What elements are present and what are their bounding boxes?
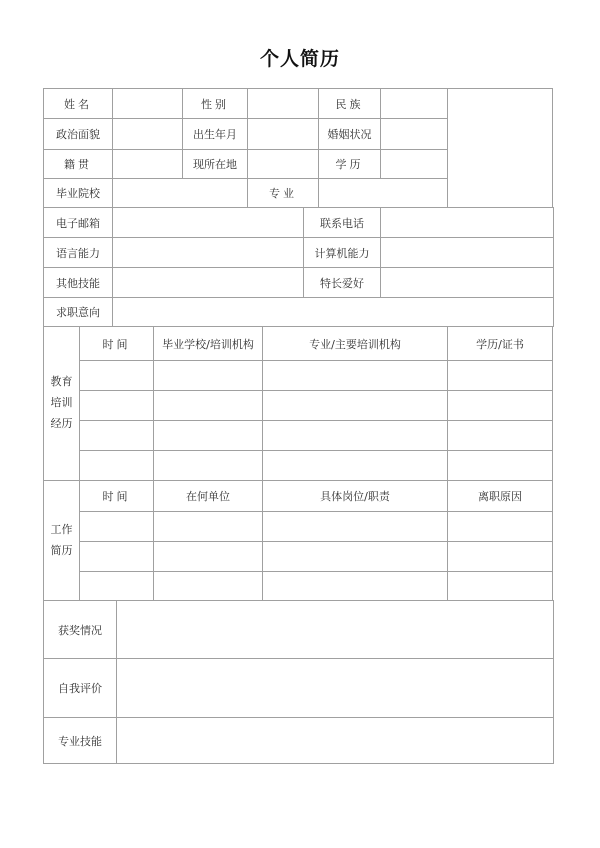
education-header-major: 专业/主要培训机构	[263, 327, 448, 361]
education-row-major-cell[interactable]	[263, 421, 448, 451]
education-row-school-cell[interactable]	[154, 421, 263, 451]
job-objective-table: 求职意向	[43, 297, 554, 327]
marital-status-value-cell[interactable]	[381, 119, 448, 150]
resume-document-page: 个人简历 姓名 性别 民族 政治面貌 出生年月	[0, 0, 600, 848]
ethnicity-label: 民族	[319, 89, 381, 119]
gender-label: 性别	[183, 89, 248, 119]
current-location-value-cell[interactable]	[248, 150, 319, 179]
graduate-school-value-cell[interactable]	[113, 179, 248, 208]
ethnicity-value-cell[interactable]	[381, 89, 448, 119]
work-row-position-cell[interactable]	[263, 512, 448, 542]
photo-cell[interactable]	[448, 89, 553, 208]
work-row-time-cell[interactable]	[80, 512, 154, 542]
work-row-leave-reason-cell[interactable]	[448, 572, 553, 601]
education-row-degree-cell[interactable]	[448, 391, 553, 421]
education-row-major-cell[interactable]	[263, 361, 448, 391]
hobbies-label: 特长爱好	[304, 268, 381, 298]
self-evaluation-content-cell[interactable]	[117, 659, 554, 718]
marital-status-label: 婚姻状况	[319, 119, 381, 150]
work-row-leave-reason-cell[interactable]	[448, 542, 553, 572]
work-row-time-cell[interactable]	[80, 542, 154, 572]
work-row-position-cell[interactable]	[263, 542, 448, 572]
work-row-employer-cell[interactable]	[154, 542, 263, 572]
work-section-label: 工作 简历	[44, 481, 80, 601]
work-row-time-cell[interactable]	[80, 572, 154, 601]
education-row-school-cell[interactable]	[154, 451, 263, 481]
current-location-label: 现所在地	[183, 150, 248, 179]
education-row-degree-cell[interactable]	[448, 451, 553, 481]
work-header-employer: 在何单位	[154, 481, 263, 512]
work-history-table: 工作 简历 时间 在何单位 具体岗位/职责 离职原因	[43, 480, 553, 601]
education-row-school-cell[interactable]	[154, 361, 263, 391]
professional-skills-content-cell[interactable]	[117, 718, 554, 764]
birth-date-label: 出生年月	[183, 119, 248, 150]
work-header-leave-reason: 离职原因	[448, 481, 553, 512]
awards-label: 获奖情况	[44, 601, 117, 659]
work-row-leave-reason-cell[interactable]	[448, 512, 553, 542]
extra-sections-table: 获奖情况 自我评价 专业技能	[43, 600, 554, 764]
gender-value-cell[interactable]	[248, 89, 319, 119]
language-ability-label: 语言能力	[44, 238, 113, 268]
job-objective-value-cell[interactable]	[113, 298, 554, 327]
email-label: 电子邮箱	[44, 208, 113, 238]
education-history-table: 教育 培训 经历 时间 毕业学校/培训机构 专业/主要培训机构 学历/证书	[43, 326, 553, 481]
major-value-cell[interactable]	[319, 179, 448, 208]
education-header-school: 毕业学校/培训机构	[154, 327, 263, 361]
name-value-cell[interactable]	[113, 89, 183, 119]
education-level-label: 学历	[319, 150, 381, 179]
education-header-time: 时间	[80, 327, 154, 361]
work-row-position-cell[interactable]	[263, 572, 448, 601]
work-header-time: 时间	[80, 481, 154, 512]
work-header-position: 具体岗位/职责	[263, 481, 448, 512]
job-objective-label: 求职意向	[44, 298, 113, 327]
awards-content-cell[interactable]	[117, 601, 554, 659]
education-header-degree: 学历/证书	[448, 327, 553, 361]
computer-ability-label: 计算机能力	[304, 238, 381, 268]
work-row-employer-cell[interactable]	[154, 572, 263, 601]
education-row-school-cell[interactable]	[154, 391, 263, 421]
contact-skills-table: 电子邮箱 联系电话 语言能力 计算机能力 其他技能 特长爱好	[43, 207, 554, 298]
education-row-time-cell[interactable]	[80, 451, 154, 481]
other-skills-label: 其他技能	[44, 268, 113, 298]
professional-skills-label: 专业技能	[44, 718, 117, 764]
education-row-time-cell[interactable]	[80, 361, 154, 391]
language-ability-value-cell[interactable]	[113, 238, 304, 268]
education-row-major-cell[interactable]	[263, 451, 448, 481]
graduate-school-label: 毕业院校	[44, 179, 113, 208]
other-skills-value-cell[interactable]	[113, 268, 304, 298]
education-section-label: 教育 培训 经历	[44, 327, 80, 481]
phone-value-cell[interactable]	[381, 208, 554, 238]
education-row-degree-cell[interactable]	[448, 421, 553, 451]
email-value-cell[interactable]	[113, 208, 304, 238]
birth-date-value-cell[interactable]	[248, 119, 319, 150]
education-row-time-cell[interactable]	[80, 421, 154, 451]
name-label: 姓名	[44, 89, 113, 119]
major-label: 专业	[248, 179, 319, 208]
basic-info-table: 姓名 性别 民族 政治面貌 出生年月 婚姻状况 籍贯 现所在地	[43, 88, 553, 208]
work-row-employer-cell[interactable]	[154, 512, 263, 542]
education-level-value-cell[interactable]	[381, 150, 448, 179]
native-place-value-cell[interactable]	[113, 150, 183, 179]
computer-ability-value-cell[interactable]	[381, 238, 554, 268]
education-row-time-cell[interactable]	[80, 391, 154, 421]
education-row-degree-cell[interactable]	[448, 361, 553, 391]
phone-label: 联系电话	[304, 208, 381, 238]
political-status-value-cell[interactable]	[113, 119, 183, 150]
political-status-label: 政治面貌	[44, 119, 113, 150]
resume-form-table: 姓名 性别 民族 政治面貌 出生年月 婚姻状况 籍贯 现所在地	[43, 88, 554, 764]
page-title: 个人简历	[0, 44, 600, 71]
self-evaluation-label: 自我评价	[44, 659, 117, 718]
hobbies-value-cell[interactable]	[381, 268, 554, 298]
education-row-major-cell[interactable]	[263, 391, 448, 421]
native-place-label: 籍贯	[44, 150, 113, 179]
